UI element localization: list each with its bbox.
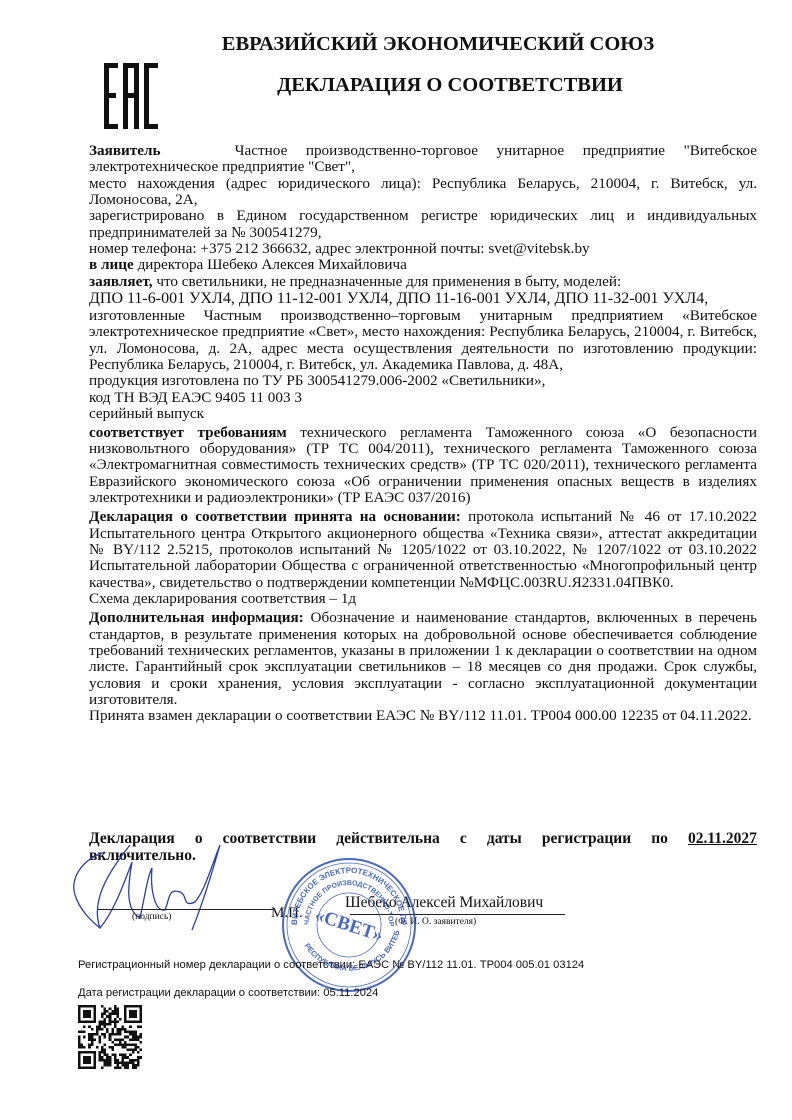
signature-line — [98, 909, 273, 910]
eac-logo — [104, 63, 158, 129]
declares: заявляет, что светильники, не предназнач… — [89, 274, 757, 290]
registration-number: Регистрационный номер декларации о соотв… — [78, 959, 584, 971]
registration-date: Дата регистрации декларации о соответств… — [78, 987, 378, 999]
applicant-name: Заявитель Частное производственно-торгов… — [89, 143, 757, 176]
hs-code: код ТН ВЭД ЕАЭС 9405 11 003 3 — [89, 390, 757, 406]
applicant-contacts: номер телефона: +375 212 366632, адрес э… — [89, 241, 757, 257]
applicant-address: место нахождения (адрес юридического лиц… — [89, 176, 757, 209]
basis: Декларация о соответствии принята на осн… — [89, 509, 757, 591]
union-title: ЕВРАЗИЙСКИЙ ЭКОНОМИЧЕСКИЙ СОЮЗ — [188, 33, 688, 56]
product-models: ДПО 11-6-001 УХЛ4, ДПО 11-12-001 УХЛ4, Д… — [89, 290, 757, 308]
manufacturer: изготовленные Частным производственно–то… — [89, 308, 757, 373]
product-spec: продукция изготовлена по ТУ РБ 300541279… — [89, 373, 757, 389]
declaration-scheme: Схема декларирования соответствия – 1д — [89, 591, 757, 607]
company-stamp-icon: ВИТЕБСКОЕ ЭЛЕКТРОТЕХНИЧЕСКОЕ ПРЕДПРИЯТИЕ… — [279, 855, 419, 995]
svg-text:«СВЕТ»: «СВЕТ» — [312, 905, 385, 947]
document-title: ДЕКЛАРАЦИЯ О СООТВЕТСТВИИ — [200, 74, 700, 97]
production-type: серийный выпуск — [89, 406, 757, 422]
represented-by: в лице директора Шебеко Алексея Михайлов… — [89, 257, 757, 273]
qr-code-icon — [78, 1005, 142, 1069]
declaration-body: Заявитель Частное производственно-торгов… — [89, 143, 757, 725]
signature-caption: (подпись) — [132, 912, 171, 922]
replaces-declaration: Принята взамен декларации о соответствии… — [89, 708, 757, 724]
additional-info: Дополнительная информация: Обозначение и… — [89, 610, 757, 708]
complies-with: соответствует требованиям технического р… — [89, 425, 757, 507]
validity-date: 02.11.2027 — [688, 830, 757, 847]
eac-mark-icon — [104, 63, 158, 129]
applicant-registration: зарегистрировано в Едином государственно… — [89, 208, 757, 241]
